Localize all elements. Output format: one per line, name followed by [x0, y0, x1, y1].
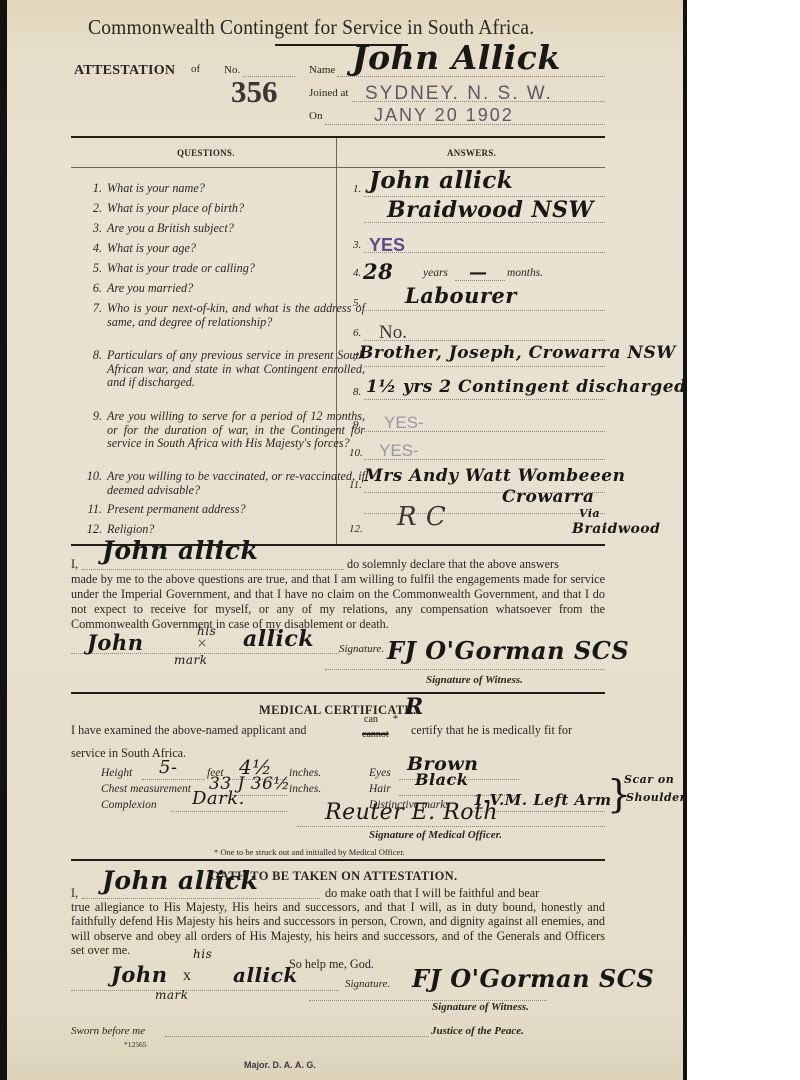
question-9: 9.Are you willing to serve for a period … — [80, 410, 365, 451]
question-7: 7.Who is your next-of-kin, and what is t… — [80, 302, 365, 329]
oath-text: true allegiance to His Majesty, His heir… — [71, 900, 605, 957]
chest-inches-label: inches. — [289, 783, 321, 795]
declaration-name-value: John allick — [102, 536, 258, 565]
medical-text-a: I have examined the above-named applican… — [71, 723, 307, 738]
medical-officer-line — [297, 826, 605, 827]
answer-2-value: Braidwood NSW — [387, 197, 594, 223]
oath-signature-label: Signature. — [345, 978, 390, 990]
oath-witness-value: FJ O'Gorman SCS — [412, 964, 654, 993]
oath-mark-word: mark — [155, 988, 189, 1002]
answer-number-12: 12. — [349, 523, 363, 535]
declaration-mark-last: allick — [243, 626, 314, 652]
officer-stamp: Major. D. A. A. G. — [244, 1060, 316, 1070]
print-code: *12565 — [124, 1040, 147, 1049]
answer-3-value: YES — [369, 235, 405, 256]
answer-number-3: 3. — [353, 239, 361, 251]
oath-mark-line — [71, 990, 339, 991]
answer-line-5 — [364, 310, 605, 311]
attestation-label: ATTESTATION — [74, 63, 175, 79]
chest-label: Chest measurement — [101, 783, 191, 795]
on-label: On — [309, 110, 322, 122]
answer-5-value: Labourer — [405, 283, 517, 308]
question-1: 1.What is your name? — [80, 182, 338, 196]
declaration-signature-label: Signature. — [339, 643, 384, 655]
question-2: 2.What is your place of birth? — [80, 202, 338, 216]
answer-11-value: Mrs Andy Watt Wombeeen — [364, 466, 625, 486]
complexion-line — [171, 811, 287, 812]
answer-number-10: 10. — [349, 447, 363, 459]
question-10: 10.Are you willing to be vaccinated, or … — [80, 470, 365, 497]
so-help-me-god: So help me, God. — [289, 957, 374, 972]
hair-label: Hair — [369, 783, 391, 795]
medical-initials: R — [405, 694, 424, 720]
declaration-name-line — [82, 569, 344, 570]
question-3: 3.Are you a British subject? — [80, 222, 338, 236]
questions-heading: QUESTIONS. — [177, 148, 235, 158]
name-label: Name — [309, 64, 335, 76]
answer-11-value-line3: Via — [579, 507, 600, 520]
answer-9-value: YES- — [384, 413, 424, 433]
answer-number-6: 6. — [353, 327, 361, 339]
scan-edge-right — [683, 0, 687, 1080]
scan-edge-left — [0, 0, 7, 1080]
eyes-label: Eyes — [369, 767, 391, 779]
answer-number-9: 9. — [353, 419, 361, 431]
medical-can: can — [364, 714, 378, 725]
answers-heading: ANSWERS. — [447, 148, 496, 158]
justice-of-peace-label: Justice of the Peace. — [431, 1025, 524, 1037]
sworn-before-me-label: Sworn before me — [71, 1025, 145, 1037]
joined-label: Joined at — [309, 87, 348, 99]
answer-4-value: 28 — [363, 259, 393, 284]
medical-cannot-struck: cannot — [362, 729, 389, 740]
question-12: 12.Religion? — [80, 523, 338, 537]
answer-line-7 — [364, 366, 605, 367]
answer-7-value: Brother, Joseph, Crowarra NSW — [359, 343, 676, 363]
complexion-value: Dark. — [192, 788, 245, 809]
answer-number-7: 7 — [353, 352, 359, 364]
oath-mark-his: his — [193, 947, 212, 961]
answer-8-value: 1½ yrs 2 Contingent discharged — [366, 377, 686, 397]
question-6: 6.Are you married? — [80, 282, 338, 296]
answer-1-value: John allick — [369, 167, 513, 194]
table-header-rule — [71, 167, 605, 168]
oath-mark-x: x — [183, 967, 191, 985]
name-value: John Allick — [352, 38, 561, 77]
declaration-witness-line — [325, 669, 605, 670]
answer-number-11: 11. — [349, 479, 362, 491]
answer-10-value: YES- — [379, 441, 419, 461]
medical-officer-value: Reuter E. Roth — [325, 800, 498, 825]
distinctive-marks-note-2: Shoulder — [626, 791, 686, 804]
medical-footnote: * One to be struck out and initialled by… — [214, 847, 405, 857]
oath-mark-last: allick — [233, 963, 298, 987]
answer-number-8: 8. — [353, 386, 361, 398]
question-11: 11.Present permanent address? — [80, 503, 338, 517]
complexion-label: Complexion — [101, 799, 157, 811]
declaration-mark-word: mark — [174, 653, 208, 667]
answer-11-value-line2: Crowarra — [502, 487, 594, 507]
header-rule — [71, 136, 605, 138]
answer-6-value: No. — [379, 322, 407, 344]
declaration-i-label: I, — [71, 557, 78, 572]
answer-11-value-line4: Braidwood — [572, 521, 660, 537]
distinctive-marks-note-1: Scar on — [624, 773, 674, 786]
answer-12-value: R C — [397, 502, 446, 532]
inches-label: inches. — [289, 767, 321, 779]
medical-bottom-rule — [71, 859, 605, 861]
medical-officer-label: Signature of Medical Officer. — [369, 829, 502, 841]
on-value: JANY 20 1902 — [374, 105, 514, 126]
answer-4-months: — — [469, 262, 488, 283]
height-feet-value: 5- — [159, 757, 178, 778]
attestation-form: Commonwealth Contingent for Service in S… — [7, 0, 683, 1080]
question-8: 8.Particulars of any previous service in… — [80, 349, 365, 390]
years-label: years — [423, 267, 448, 279]
height-label: Height — [101, 767, 132, 779]
months-label: months. — [507, 267, 543, 279]
declaration-bottom-rule — [71, 692, 605, 694]
sworn-line — [165, 1036, 429, 1037]
oath-mark-first: John — [111, 962, 167, 987]
answer-number-4: 4. — [353, 267, 361, 279]
joined-value: SYDNEY. N. S. W. — [365, 83, 553, 105]
form-title: Commonwealth Contingent for Service in S… — [88, 15, 534, 40]
declaration-witness-value: FJ O'Gorman SCS — [387, 636, 629, 665]
declaration-mark-first: John — [87, 630, 143, 655]
of-label: of — [191, 63, 200, 75]
oath-text-first: do make oath that I will be faithful and… — [325, 886, 539, 901]
height-feet-line — [142, 779, 204, 780]
declaration-text-first: do solemnly declare that the above answe… — [347, 557, 559, 572]
question-5: 5.What is your trade or calling? — [80, 262, 338, 276]
declaration-text: made by me to the above questions are tr… — [71, 572, 605, 632]
attestation-number: 356 — [231, 74, 278, 110]
answer-number-1: 1. — [353, 183, 361, 195]
answer-line-8 — [364, 399, 605, 400]
oath-witness-label: Signature of Witness. — [432, 1001, 529, 1013]
oath-name-line — [82, 898, 320, 899]
oath-i-label: I, — [71, 886, 78, 901]
answer-number-5: 5. — [353, 297, 361, 309]
medical-asterisk: * — [393, 714, 398, 725]
question-4: 4.What is your age? — [80, 242, 338, 256]
hair-value: Black — [415, 770, 468, 789]
oath-name-value: John allick — [102, 866, 258, 895]
declaration-mark-x: × — [197, 633, 207, 654]
declaration-witness-label: Signature of Witness. — [426, 674, 523, 686]
medical-text-b: certify that he is medically fit for — [411, 723, 572, 738]
